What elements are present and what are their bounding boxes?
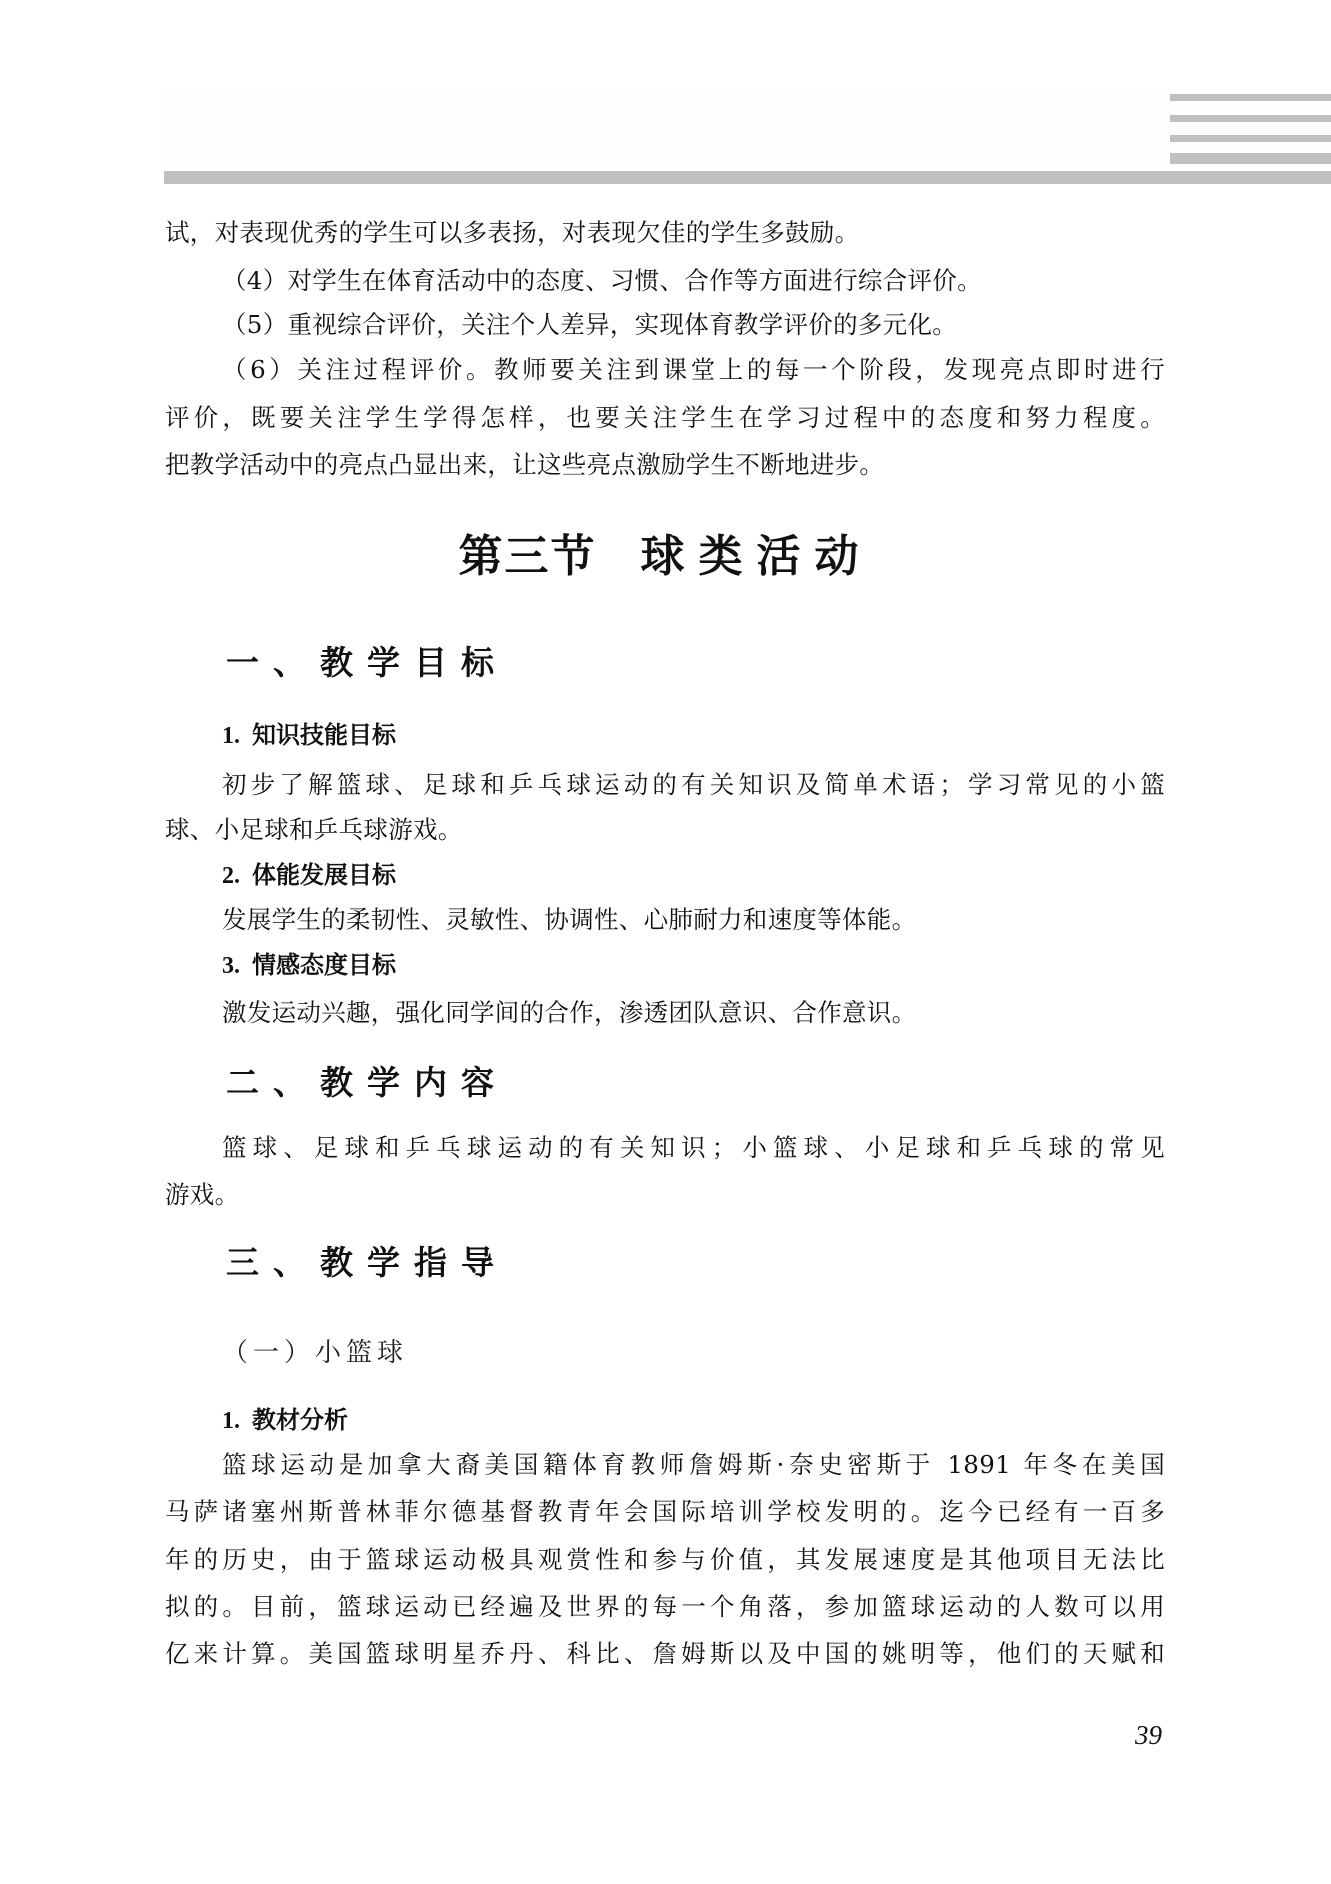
header-stripe	[1170, 94, 1331, 101]
paragraph-line: 马萨诸塞州斯普林菲尔德基督教青年会国际培训学校发明的。迄今已经有一百多	[165, 1497, 1165, 1527]
paragraph-line: 发展学生的柔韧性、灵敏性、协调性、心肺耐力和速度等体能。	[222, 905, 1165, 935]
subheading-mini-basketball: （一）小篮球	[222, 1338, 408, 1368]
heading-teaching-content: 二、教学内容	[226, 1063, 508, 1103]
header-stripe	[1170, 153, 1331, 164]
heading-teaching-guidance: 三、教学指导	[226, 1243, 508, 1283]
section-title: 第三节球类活动	[0, 532, 1331, 582]
header-panel	[164, 93, 1331, 171]
section-name: 球类活动	[641, 531, 873, 582]
item-heading: 1.教材分析	[222, 1405, 348, 1436]
paragraph-line: 年的历史，由于篮球运动极具观赏性和参与价值，其发展速度是其他项目无法比	[165, 1545, 1165, 1575]
header-rule	[164, 171, 1331, 184]
paragraph-line: 游戏。	[165, 1180, 1165, 1210]
heading-teaching-goals: 一、教学目标	[226, 643, 508, 683]
paragraph-line: 篮球运动是加拿大裔美国籍体育教师詹姆斯·奈史密斯于 1891 年冬在美国	[222, 1450, 1165, 1480]
goal-heading: 3.情感态度目标	[222, 950, 396, 981]
goal-heading: 1.知识技能目标	[222, 720, 396, 751]
paragraph-line: 拟的。目前，篮球运动已经遍及世界的每一个角落，参加篮球运动的人数可以用	[165, 1592, 1165, 1622]
paragraph-line: 试，对表现优秀的学生可以多表扬，对表现欠佳的学生多鼓励。	[165, 218, 1165, 248]
paragraph-line: （5）重视综合评价，关注个人差异，实现体育教学评价的多元化。	[222, 310, 1165, 340]
paragraph-line: 球、小足球和乒乓球游戏。	[165, 815, 1165, 845]
header-stripe	[1170, 135, 1331, 142]
paragraph-line: 评价，既要关注学生学得怎样，也要关注学生在学习过程中的态度和努力程度。	[165, 403, 1165, 433]
paragraph-line: 激发运动兴趣，强化同学间的合作，渗透团队意识、合作意识。	[222, 998, 1165, 1028]
paragraph-line: 篮球、足球和乒乓球运动的有关知识；小篮球、小足球和乒乓球的常见	[222, 1133, 1165, 1163]
header-stripe	[1170, 115, 1331, 122]
paragraph-line: 把教学活动中的亮点凸显出来，让这些亮点激励学生不断地进步。	[165, 450, 1165, 480]
paragraph-line: （6）关注过程评价。教师要关注到课堂上的每一个阶段，发现亮点即时进行	[222, 355, 1165, 385]
paragraph-line: 亿来计算。美国篮球明星乔丹、科比、詹姆斯以及中国的姚明等，他们的天赋和	[165, 1639, 1165, 1669]
page-number: 39	[1135, 1720, 1162, 1751]
goal-heading: 2.体能发展目标	[222, 860, 396, 891]
section-number: 第三节	[459, 531, 597, 582]
paragraph-line: （4）对学生在体育活动中的态度、习惯、合作等方面进行综合评价。	[222, 266, 1165, 296]
paragraph-line: 初步了解篮球、足球和乒乓球运动的有关知识及简单术语；学习常见的小篮	[222, 770, 1165, 800]
